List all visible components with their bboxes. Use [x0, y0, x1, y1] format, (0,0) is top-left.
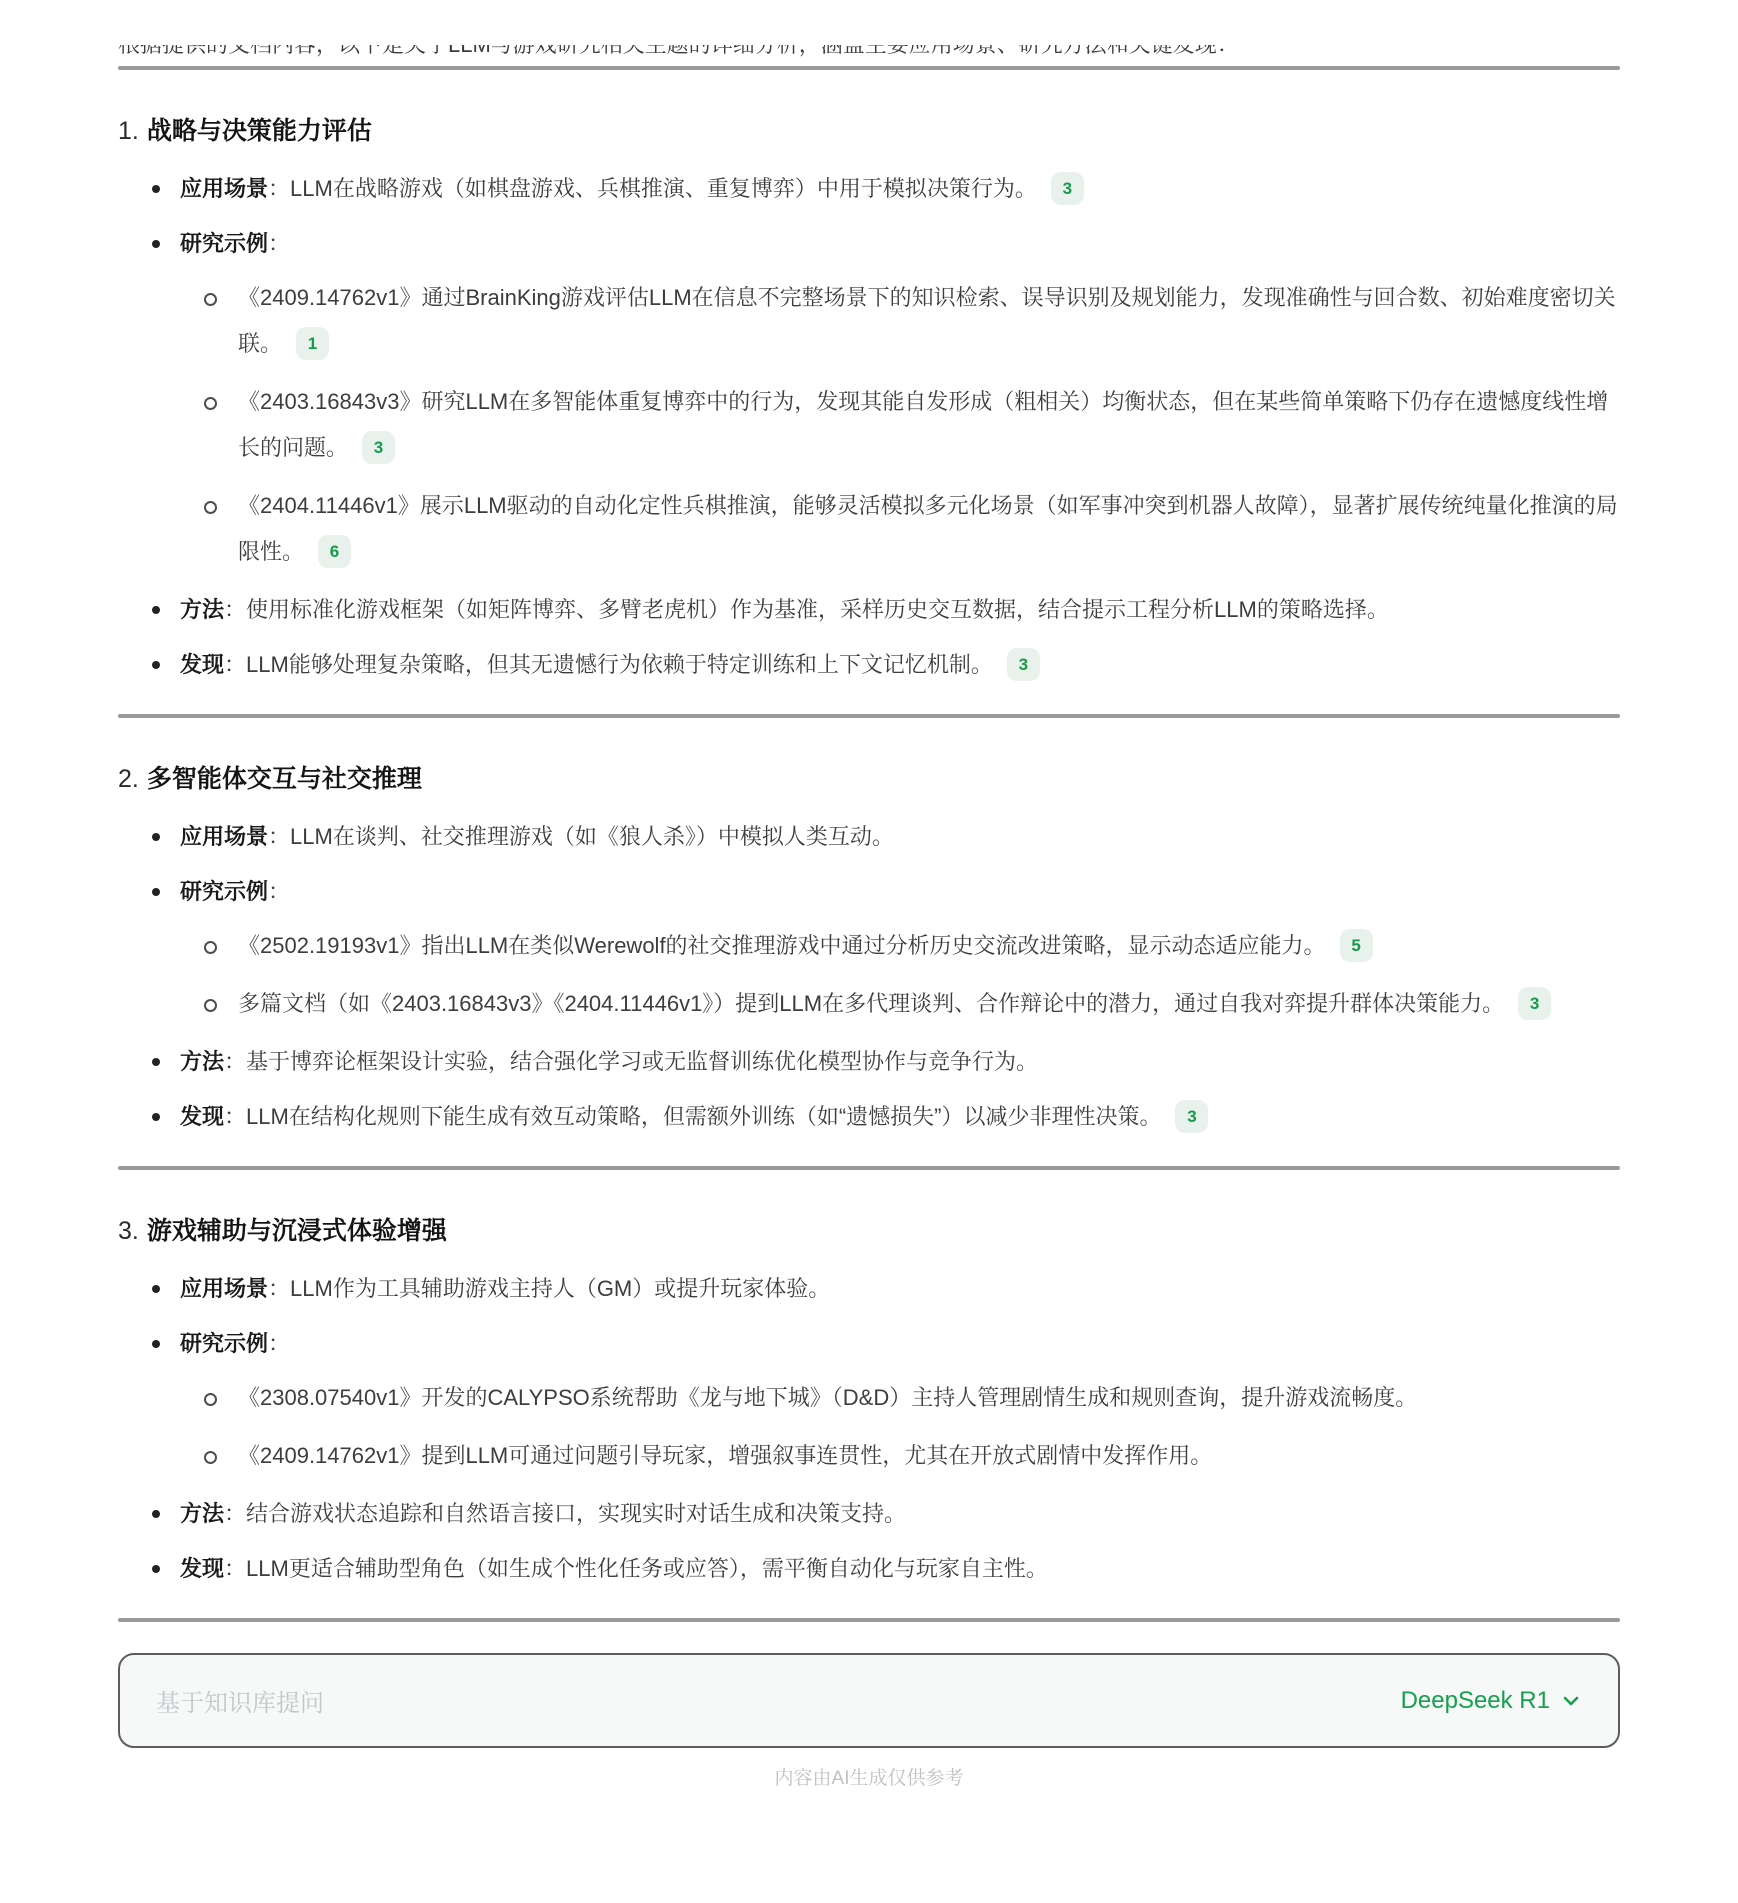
bullet-application-scenario: 应用场景：LLM在战略游戏（如棋盘游戏、兵棋推演、重复博弈）中用于模拟决策行为。…	[180, 166, 1620, 212]
citation-badge[interactable]: 5	[1340, 929, 1373, 962]
section-heading: 1.战略与决策能力评估	[118, 114, 1620, 148]
section-divider	[118, 714, 1620, 718]
intro-paragraph-clipped: 根据提供的文档内容，以下是关于LLM与游戏研究相关主题的详细分析，涵盖主要应用场…	[118, 45, 1620, 58]
section-bullet-list: 应用场景：LLM在谈判、社交推理游戏（如《狼人杀》）中模拟人类互动。 研究示例：…	[118, 814, 1620, 1140]
bullet-application-scenario: 应用场景：LLM在谈判、社交推理游戏（如《狼人杀》）中模拟人类互动。	[180, 814, 1620, 860]
citation-badge[interactable]: 1	[296, 327, 329, 360]
bullet-application-scenario: 应用场景：LLM作为工具辅助游戏主持人（GM）或提升玩家体验。	[180, 1266, 1620, 1312]
research-example-item: 《2502.19193v1》指出LLM在类似Werewolf的社交推理游戏中通过…	[238, 923, 1620, 969]
research-example-item: 多篇文档（如《2403.16843v3》《2404.11446v1》）提到LLM…	[238, 981, 1620, 1027]
bullet-findings: 发现：LLM更适合辅助型角色（如生成个性化任务或应答），需平衡自动化与玩家自主性…	[180, 1546, 1620, 1592]
section-heading: 3.游戏辅助与沉浸式体验增强	[118, 1214, 1620, 1248]
citation-badge[interactable]: 3	[1051, 172, 1084, 205]
bullet-research-examples: 研究示例： 《2409.14762v1》通过BrainKing游戏评估LLM在信…	[180, 221, 1620, 575]
research-example-list: 《2409.14762v1》通过BrainKing游戏评估LLM在信息不完整场景…	[180, 275, 1620, 575]
model-selector[interactable]: DeepSeek R1	[1401, 1687, 1582, 1715]
bullet-method: 方法：基于博弈论框架设计实验，结合强化学习或无监督训练优化模型协作与竞争行为。	[180, 1039, 1620, 1085]
answer-message: 根据提供的文档内容，以下是关于LLM与游戏研究相关主题的详细分析，涵盖主要应用场…	[118, 45, 1620, 1790]
citation-badge[interactable]: 3	[362, 431, 395, 464]
bullet-method: 方法：结合游戏状态追踪和自然语言接口，实现实时对话生成和决策支持。	[180, 1491, 1620, 1537]
ai-disclaimer: 内容由AI生成仅供参考	[118, 1763, 1620, 1790]
research-example-item: 《2308.07540v1》开发的CALYPSO系统帮助《龙与地下城》（D&D）…	[238, 1375, 1620, 1421]
citation-badge[interactable]: 3	[1007, 648, 1040, 681]
bullet-research-examples: 研究示例： 《2308.07540v1》开发的CALYPSO系统帮助《龙与地下城…	[180, 1321, 1620, 1479]
research-example-item: 《2404.11446v1》展示LLM驱动的自动化定性兵棋推演，能够灵活模拟多元…	[238, 483, 1620, 575]
section-bullet-list: 应用场景：LLM在战略游戏（如棋盘游戏、兵棋推演、重复博弈）中用于模拟决策行为。…	[118, 166, 1620, 688]
research-example-item: 《2409.14762v1》通过BrainKing游戏评估LLM在信息不完整场景…	[238, 275, 1620, 367]
section-divider	[118, 1166, 1620, 1170]
citation-badge[interactable]: 6	[318, 535, 351, 568]
citation-badge[interactable]: 3	[1175, 1100, 1208, 1133]
bullet-findings: 发现：LLM在结构化规则下能生成有效互动策略，但需额外训练（如“遗憾损失”）以减…	[180, 1094, 1620, 1140]
model-selector-label: DeepSeek R1	[1401, 1687, 1550, 1715]
composer-placeholder: 基于知识库提问	[156, 1683, 1401, 1718]
research-example-list: 《2308.07540v1》开发的CALYPSO系统帮助《龙与地下城》（D&D）…	[180, 1375, 1620, 1479]
bullet-findings: 发现：LLM能够处理复杂策略，但其无遗憾行为依赖于特定训练和上下文记忆机制。3	[180, 642, 1620, 688]
research-example-item: 《2409.14762v1》提到LLM可通过问题引导玩家，增强叙事连贯性，尤其在…	[238, 1433, 1620, 1479]
composer-divider	[118, 1618, 1620, 1622]
research-example-list: 《2502.19193v1》指出LLM在类似Werewolf的社交推理游戏中通过…	[180, 923, 1620, 1027]
bullet-method: 方法：使用标准化游戏框架（如矩阵博弈、多臂老虎机）作为基准，采样历史交互数据，结…	[180, 587, 1620, 633]
bullet-research-examples: 研究示例： 《2502.19193v1》指出LLM在类似Werewolf的社交推…	[180, 869, 1620, 1027]
research-example-item: 《2403.16843v3》研究LLM在多智能体重复博弈中的行为，发现其能自发形…	[238, 379, 1620, 471]
question-input[interactable]: 基于知识库提问 DeepSeek R1	[118, 1653, 1620, 1748]
section-heading: 2.多智能体交互与社交推理	[118, 762, 1620, 796]
section-divider	[118, 66, 1620, 70]
section-bullet-list: 应用场景：LLM作为工具辅助游戏主持人（GM）或提升玩家体验。 研究示例： 《2…	[118, 1266, 1620, 1592]
chevron-down-icon	[1560, 1690, 1582, 1712]
citation-badge[interactable]: 3	[1518, 987, 1551, 1020]
